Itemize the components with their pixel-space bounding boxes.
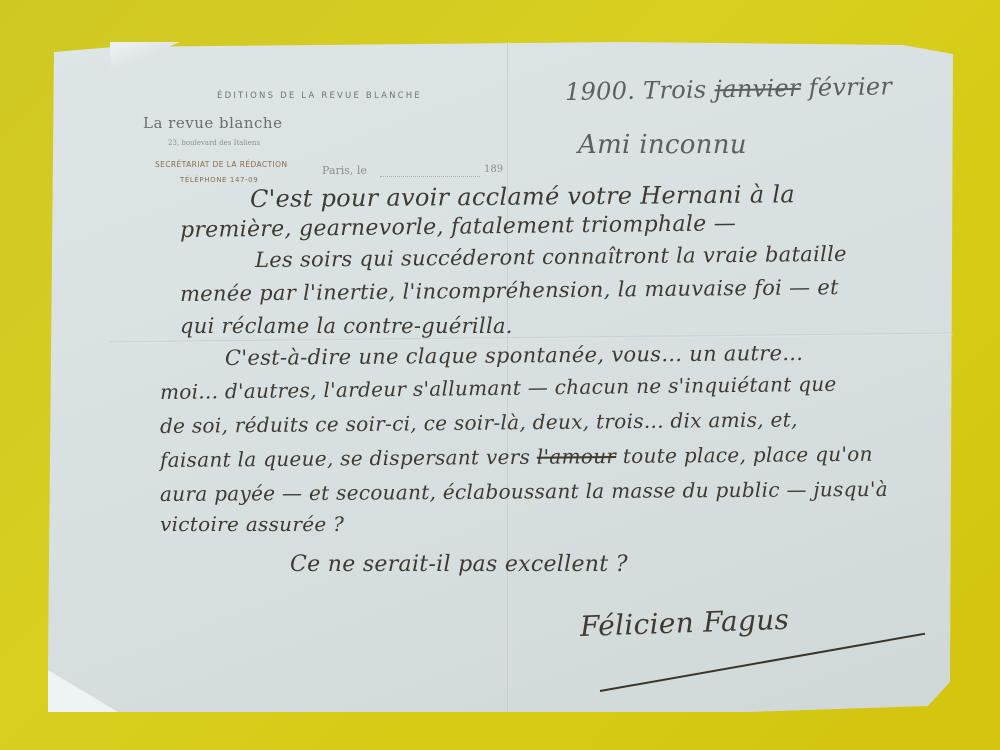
date-month: février (808, 72, 892, 101)
letterhead-date-line (380, 176, 480, 177)
letterhead-secretariat: SECRÉTARIAT DE LA RÉDACTION (155, 160, 287, 169)
letterhead-year: 189 (484, 164, 503, 175)
body-line-9-text: faisant la queue, se dispersant vers (160, 445, 530, 472)
letterhead-place: Paris, le (322, 164, 367, 177)
letterhead-title: La revue blanche (143, 114, 282, 132)
salutation: Ami inconnu (578, 130, 747, 160)
struck-word: l'amour (537, 444, 617, 469)
body-line-9-tail: toute place, place qu'on (623, 442, 873, 468)
body-line-10: aura payée — et secouant, éclaboussant l… (160, 477, 888, 506)
body-line-1: C'est pour avoir acclamé votre Hernani à… (250, 180, 795, 213)
letterhead-address: 23, boulevard des Italiens (168, 139, 260, 147)
letterhead-telephone: TÉLÉPHONE 147-09 (180, 176, 258, 184)
handwritten-date: 1900. Trois janvier février (565, 72, 893, 106)
body-line-5: qui réclame la contre-guérilla. (180, 314, 513, 338)
body-line-6: C'est-à-dire une claque spontanée, vous.… (225, 341, 803, 370)
date-struck-month: janvier (714, 74, 801, 104)
closing-line: Ce ne serait-il pas excellent ? (290, 552, 628, 577)
letterhead-editions: ÉDITIONS DE LA REVUE BLANCHE (217, 91, 422, 101)
body-line-11: victoire assurée ? (160, 512, 344, 536)
date-prefix: 1900. Trois (565, 76, 707, 106)
